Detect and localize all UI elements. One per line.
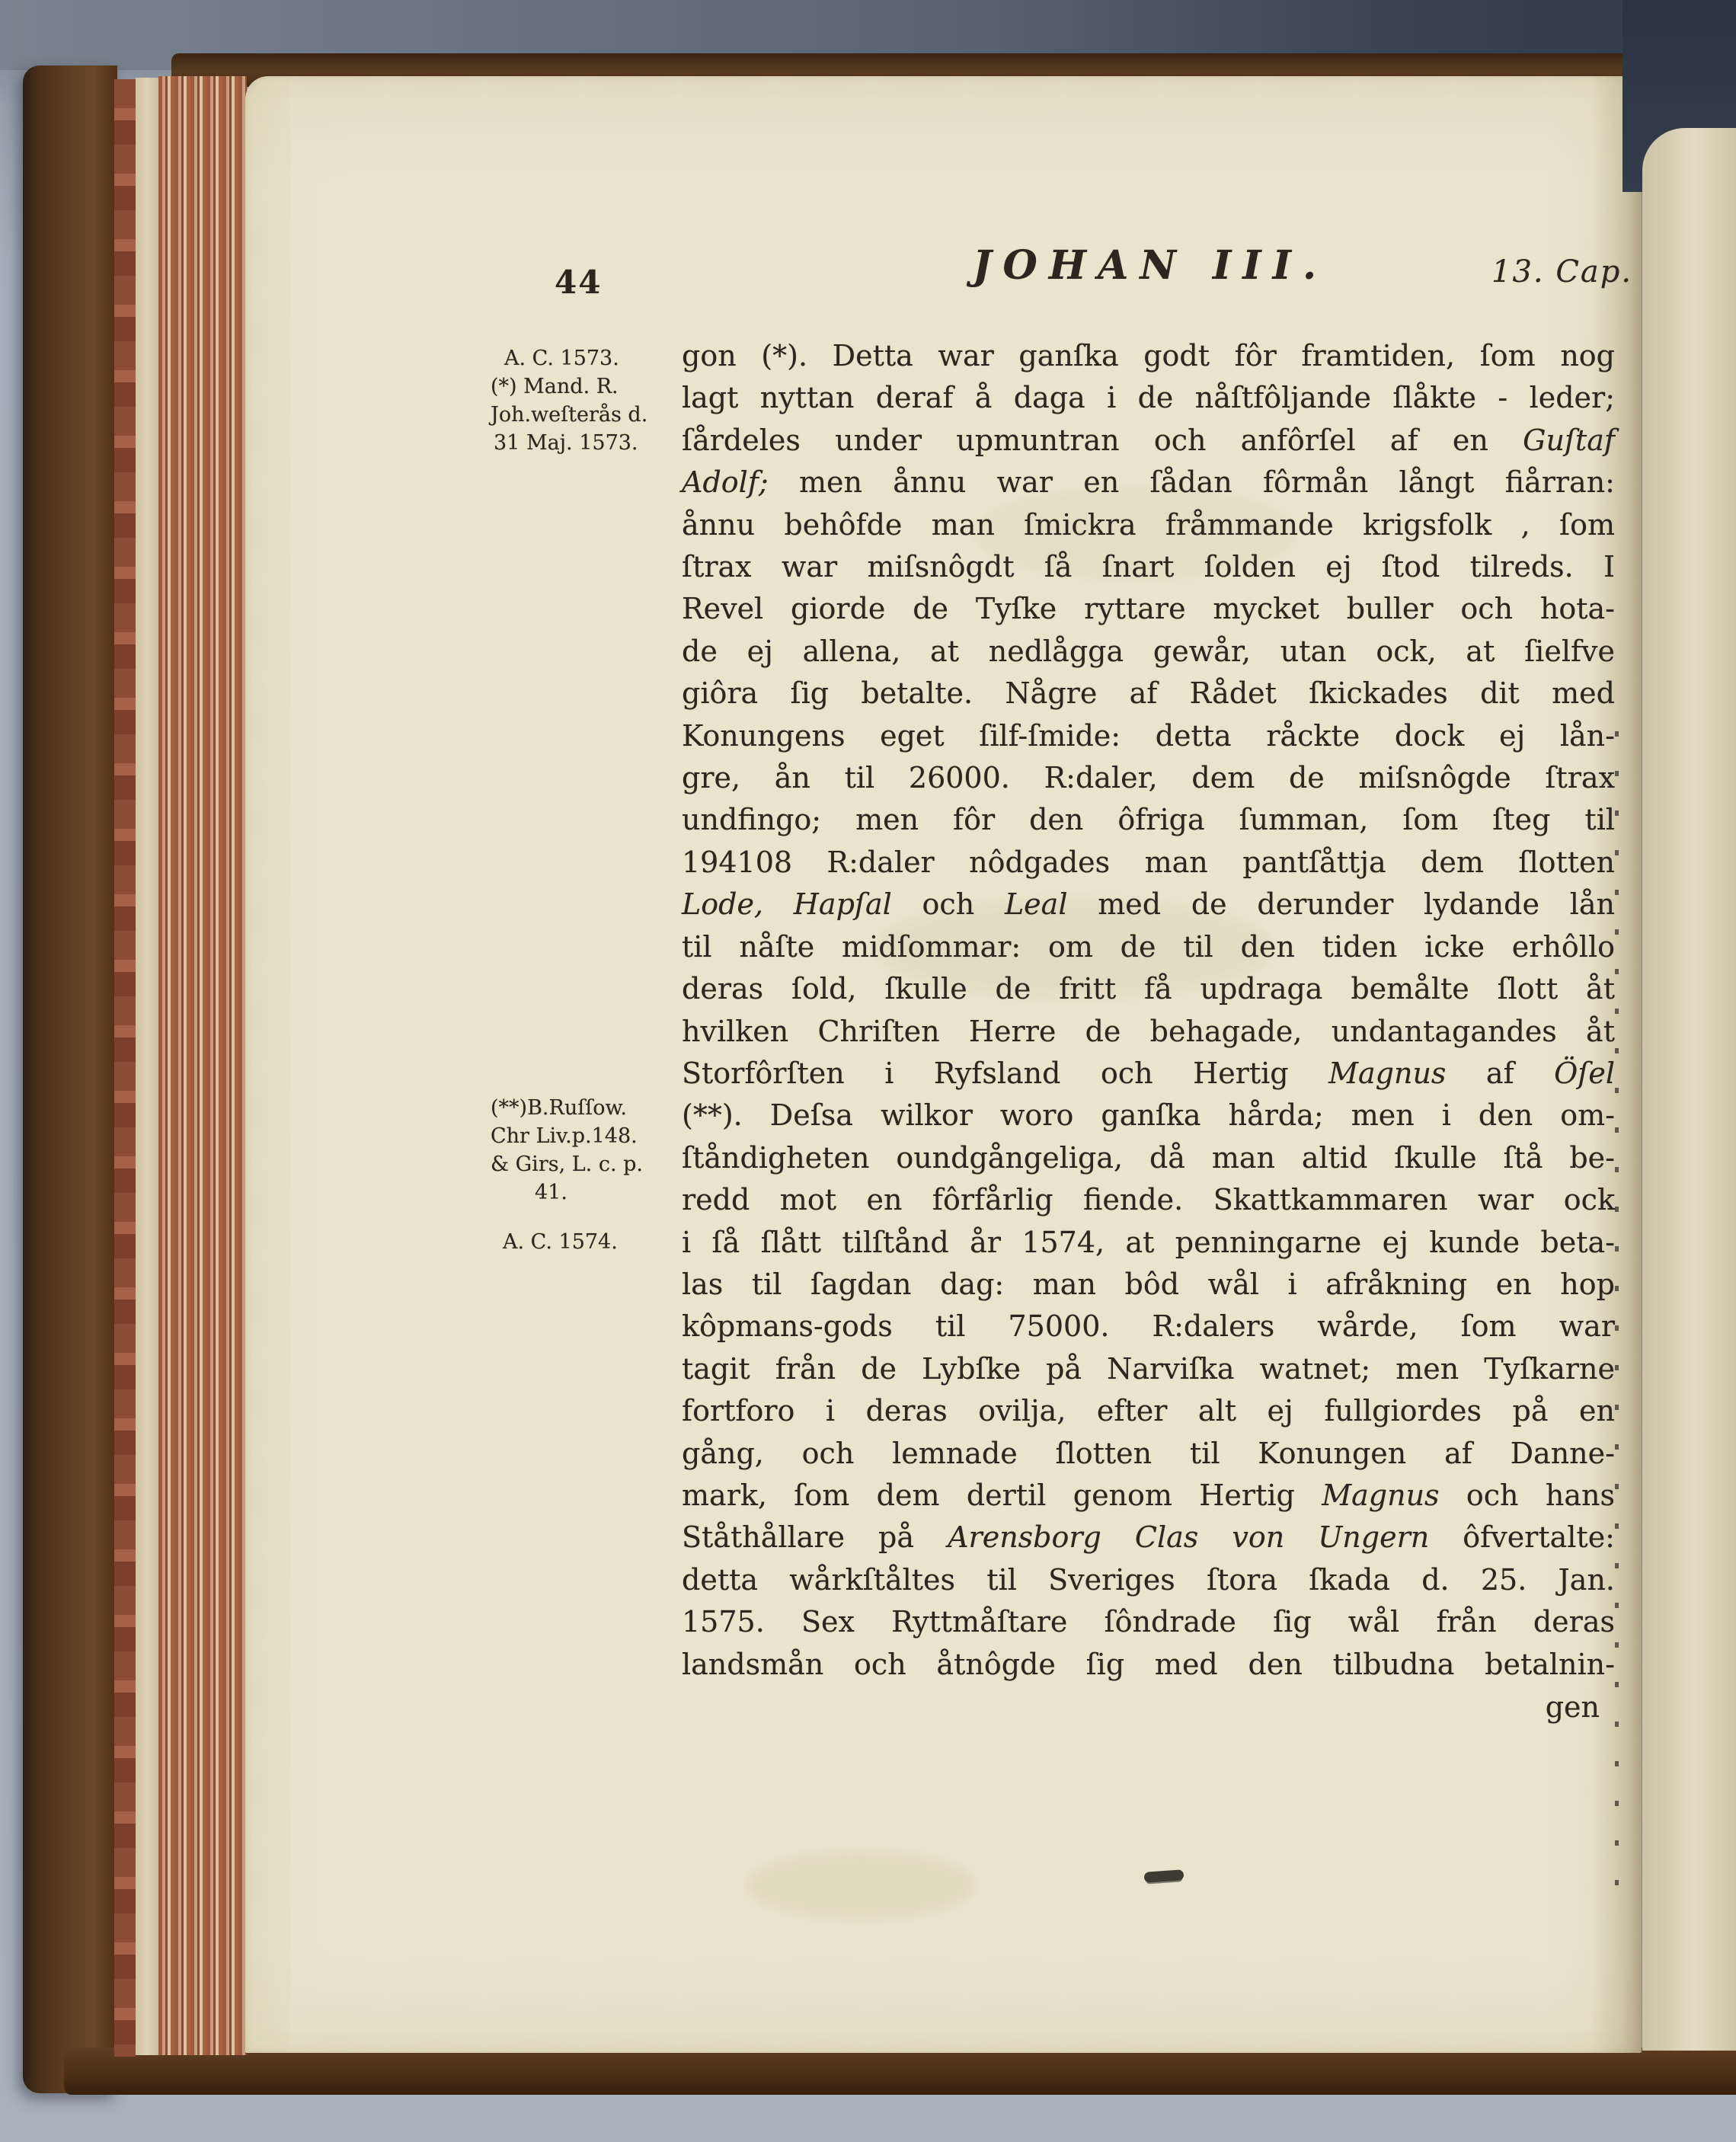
body-line: gon (*). Detta war ganſka godt fôr framt… — [682, 335, 1615, 377]
body-line: gång, och lemnade ſlotten til Konungen a… — [682, 1433, 1615, 1475]
body-line: 1575. Sex Ryttmåſtare ſôndrade ſig wål f… — [682, 1601, 1615, 1643]
body-line: tagit från de Lybſke på Narviſka watnet;… — [682, 1348, 1615, 1390]
body-text: gon (*). Detta war ganſka godt fôr framt… — [682, 335, 1615, 1686]
paper-stain — [747, 1851, 975, 1920]
body-line: las til ſagdan dag: man bôd wål i afråkn… — [682, 1264, 1615, 1306]
body-line: gre, ån til 26000. R:daler, dem de miſsn… — [682, 757, 1615, 799]
margin-note: A. C. 1574. — [491, 1228, 683, 1256]
body-line: Revel giorde de Tyſke ryttare mycket bul… — [682, 588, 1615, 630]
margin-note-line: Chr Liv.p.148. — [491, 1122, 683, 1150]
margin-note-line: A. C. 1573. — [491, 344, 683, 372]
facing-page-edge — [1642, 128, 1736, 2051]
body-line: deras ſold, ſkulle de fritt få updraga b… — [682, 968, 1615, 1010]
body-line: fortforo i deras ovilja, efter alt ej fu… — [682, 1390, 1615, 1432]
body-line: redd mot en fôrfårlig fiende. Skattkamma… — [682, 1179, 1615, 1221]
body-line: ſtåndigheten oundgångeliga, då man altid… — [682, 1137, 1615, 1179]
margin-note: A. C. 1573.(*) Mand. R.Joh.weſterås d.31… — [491, 344, 683, 457]
body-line: ſårdeles under upmuntran och anfôrſel af… — [682, 420, 1615, 462]
body-line: landsmån och åtnôgde ſig med den tilbudn… — [682, 1644, 1615, 1686]
body-line: giôra ſig betalte. Någre af Rådet ſkicka… — [682, 673, 1615, 715]
margin-note-line: 31 Maj. 1573. — [491, 429, 683, 457]
body-line: i ſå ſlått tilſtånd år 1574, at penninga… — [682, 1222, 1615, 1264]
body-line: Konungens eget ſilf-ſmide: detta råckte … — [682, 715, 1615, 757]
chapter-heading: 13. Cap. — [1491, 254, 1632, 289]
page-block-fore-edge-stripes — [158, 76, 247, 2055]
body-line: hvilken Chriſten Herre de behagade, unda… — [682, 1011, 1615, 1053]
margin-note: (**)B.Ruſſow.Chr Liv.p.148.& Girs, L. c.… — [491, 1094, 683, 1207]
body-line: Adolf; men ånnu war en ſådan fôrmån lång… — [682, 462, 1615, 504]
margin-note-line: Joh.weſterås d. — [491, 401, 683, 429]
page-block-cream-strip — [136, 78, 158, 2055]
catchword: gen — [682, 1686, 1600, 1728]
body-line: Ståthållare på Arensborg Clas von Ungern… — [682, 1517, 1615, 1559]
margin-note-line: & Girs, L. c. p. — [491, 1150, 683, 1178]
body-line: detta wårkſtåltes til Sveriges ſtora ſka… — [682, 1559, 1615, 1601]
body-line: ånnu behôfde man ſmickra fråmmande krigs… — [682, 504, 1615, 546]
body-line: mark, ſom dem dertil genom Hertig Magnus… — [682, 1475, 1615, 1517]
ink-specks-page-edge — [1615, 731, 1619, 1920]
page-number: 44 — [555, 264, 602, 301]
margin-note-line: A. C. 1574. — [491, 1228, 683, 1256]
body-line: Lode, Hapſal och Leal med de derunder ly… — [682, 884, 1615, 926]
body-line: undfingo; men fôr den ôfriga ſumman, ſom… — [682, 799, 1615, 841]
body-line: kôpmans-gods til 75000. R:dalers wårde, … — [682, 1306, 1615, 1348]
body-line: ſtrax war miſsnôgdt ſå ſnart ſolden ej ſ… — [682, 546, 1615, 588]
body-line: 194108 R:daler nôdgades man pantſåttja d… — [682, 842, 1615, 884]
margin-note-line: (**)B.Ruſſow. — [491, 1094, 683, 1122]
body-line: til nåſte midſommar: om de til den tiden… — [682, 926, 1615, 968]
margin-note-line: 41. — [491, 1178, 683, 1207]
scanned-book-photo: 44 JOHAN III. 13. Cap. A. C. 1573.(*) Ma… — [0, 0, 1736, 2142]
book-cover-left-edge — [23, 66, 117, 2093]
body-line: (**). Deſsa wilkor woro ganſka hårda; me… — [682, 1095, 1615, 1137]
book-cover-bottom-edge — [64, 2048, 1736, 2095]
body-line: lagt nyttan deraf å daga i de nåſtfôljan… — [682, 377, 1615, 419]
body-line: Storfôrſten i Ryfsland och Hertig Magnus… — [682, 1053, 1615, 1095]
page-block-marble-strip — [114, 79, 136, 2057]
running-title: JOHAN III. — [823, 242, 1478, 289]
body-line: de ej allena, at nedlågga gewår, utan oc… — [682, 631, 1615, 673]
margin-note-line: (*) Mand. R. — [491, 372, 683, 401]
